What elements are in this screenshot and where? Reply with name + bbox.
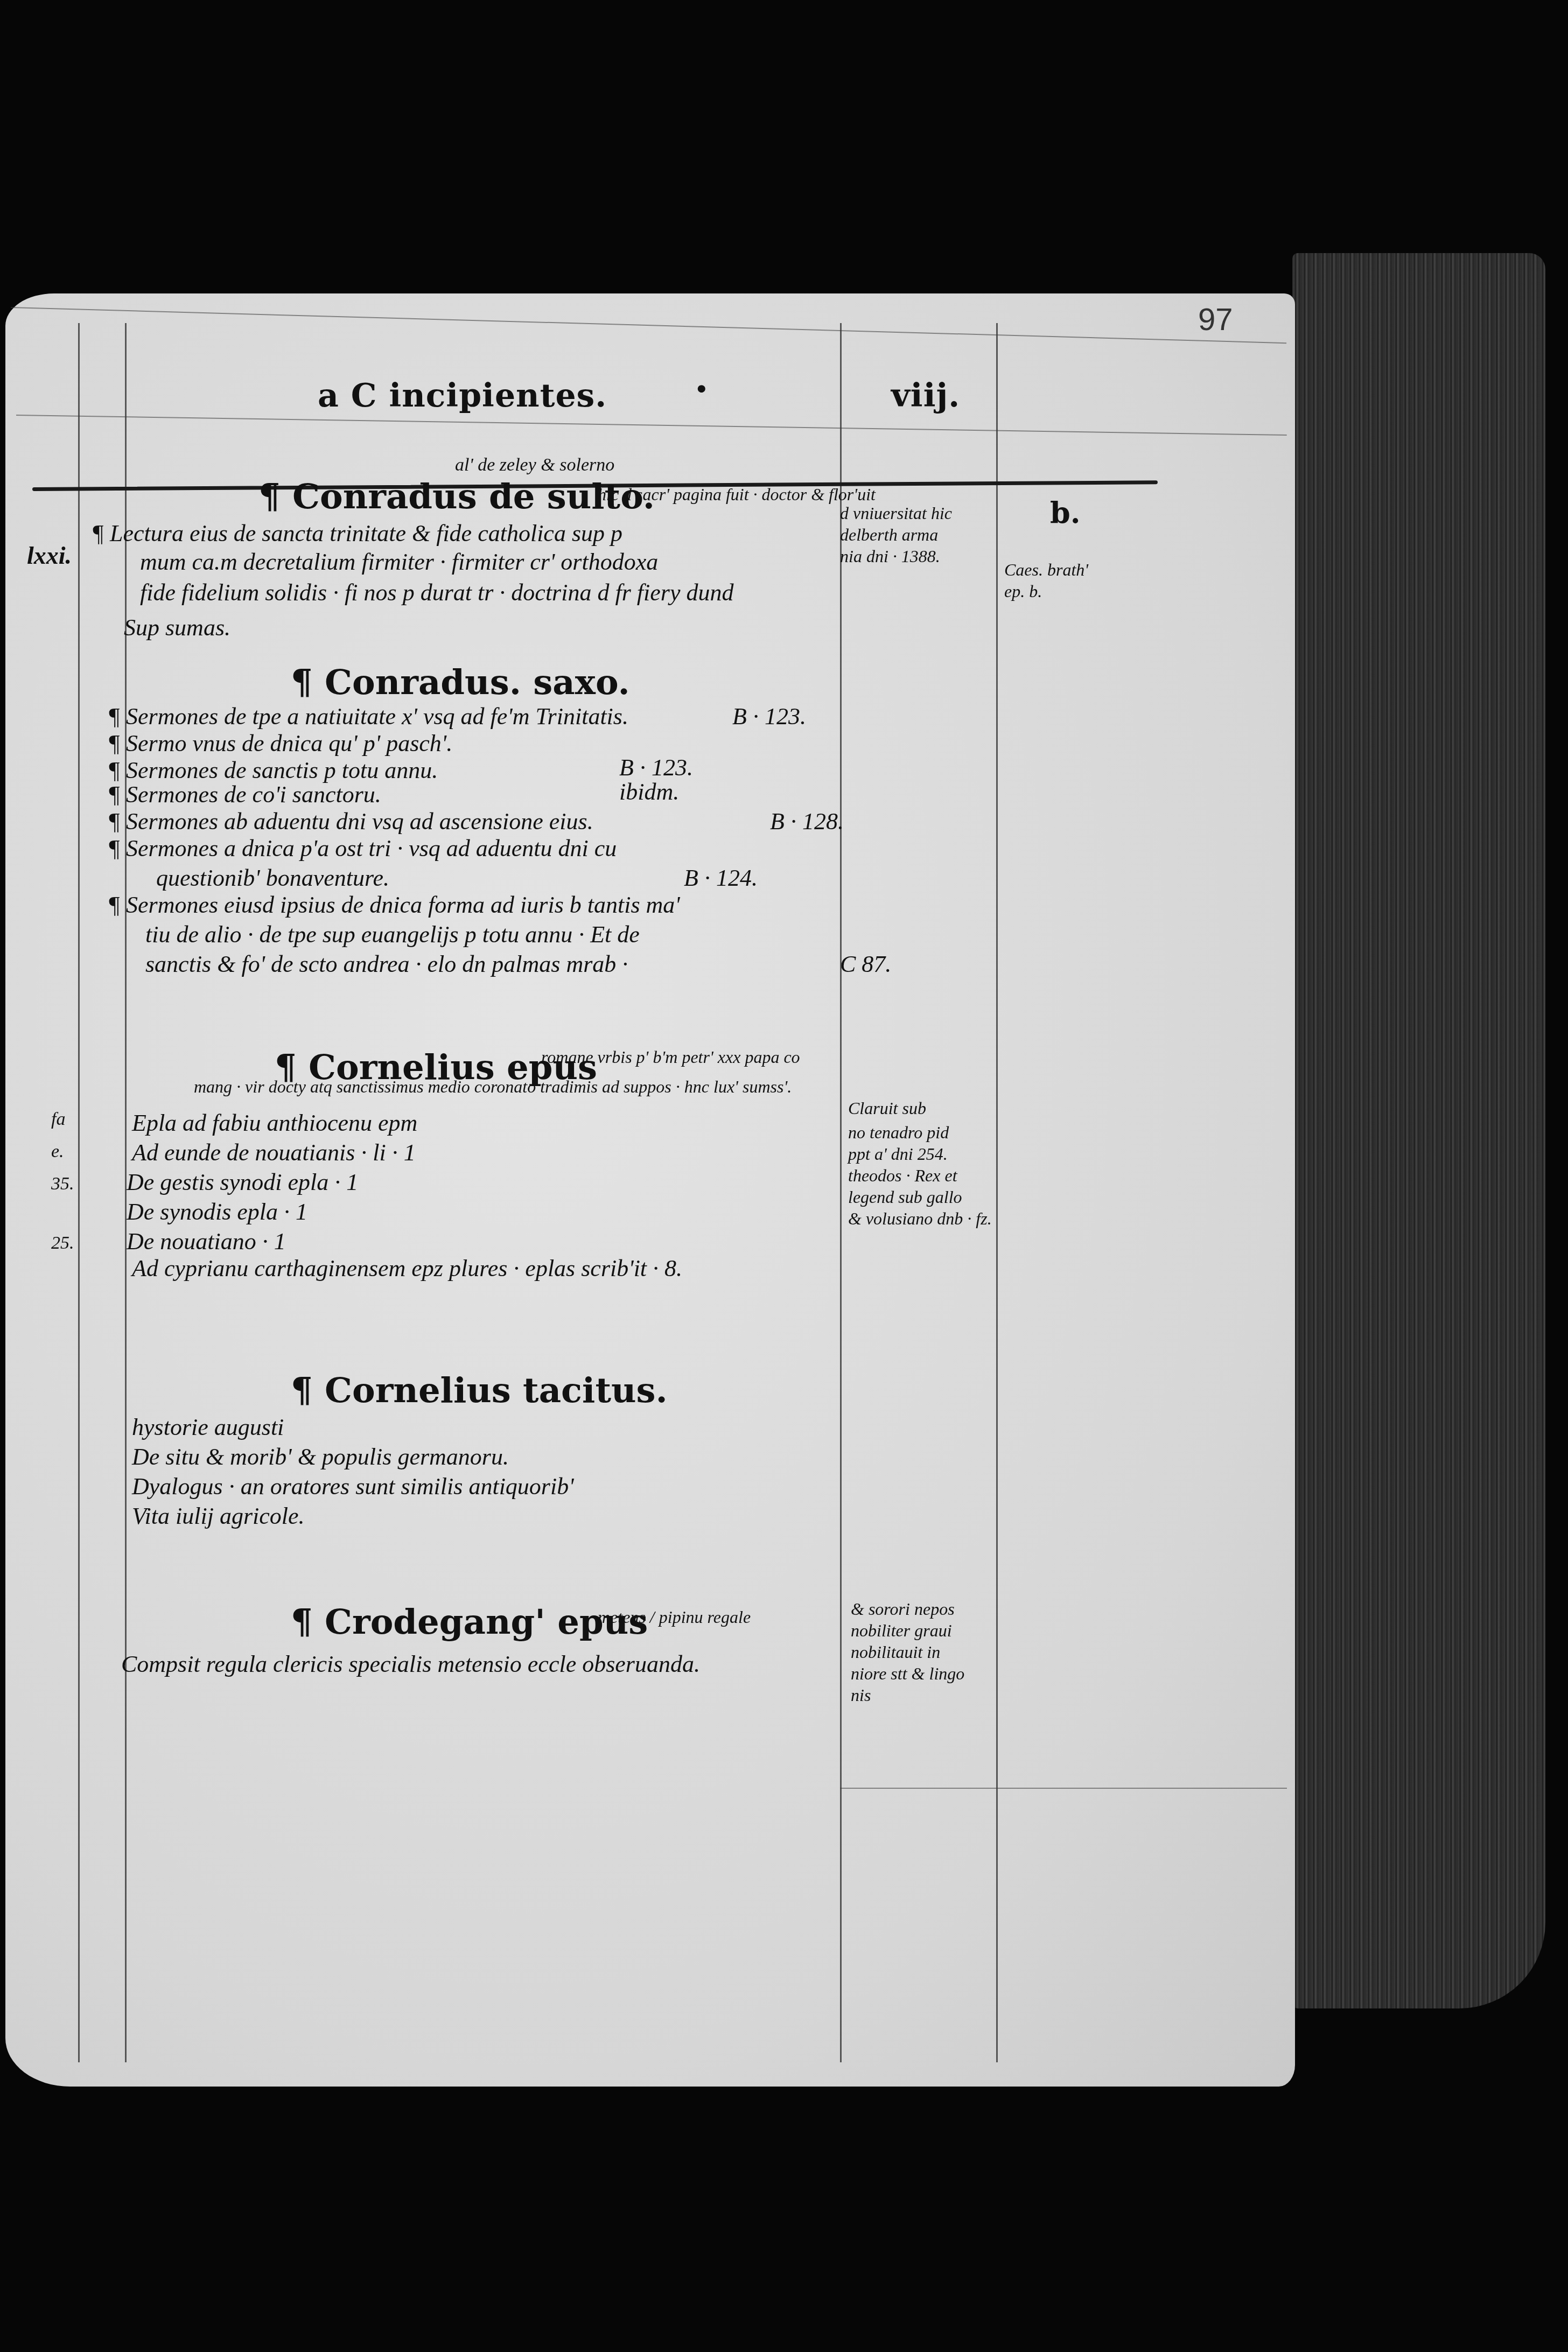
column-note: ppt a' dni 254. bbox=[848, 1144, 948, 1164]
entry-ref: B · 123. bbox=[619, 754, 693, 781]
author-gloss: romane vrbis p' b'm petr' xxx papa co bbox=[541, 1047, 800, 1067]
entry-line: Epla ad fabiu anthiocenu epm bbox=[132, 1109, 417, 1137]
title-dot: • bbox=[695, 377, 709, 402]
column-note: legend sub gallo bbox=[848, 1187, 962, 1207]
column-note: niore stt & lingo bbox=[851, 1664, 964, 1684]
entry-line: mum ca.m decretalium firmiter · firmiter… bbox=[140, 548, 658, 576]
author-heading: ¶ Conradus de sulto. bbox=[258, 477, 655, 517]
author-heading: ¶ Crodegang' epus bbox=[291, 1602, 648, 1642]
column-note: & sorori nepos bbox=[851, 1599, 955, 1619]
column-note: nobilitauit in bbox=[851, 1642, 940, 1662]
column-note: d vniuersitat hic bbox=[840, 503, 952, 523]
entry-line: ¶ Sermones eiusd ipsius de dnica forma a… bbox=[108, 891, 680, 919]
entry-line: tiu de alio · de tpe sup euangelijs p to… bbox=[145, 921, 640, 948]
entry-line: fide fidelium solidis · fi nos p durat t… bbox=[140, 579, 733, 606]
leaf-number: viij. bbox=[891, 377, 960, 415]
column-note: delberth arma bbox=[840, 525, 938, 545]
entry-line: ¶ Sermones de tpe a natiuitate x' vsq ad… bbox=[108, 703, 628, 730]
entry-line: Ad cyprianu carthaginensem epz plures · … bbox=[132, 1255, 682, 1282]
column-note: Claruit sub bbox=[848, 1098, 926, 1118]
column-note: nobiliter graui bbox=[851, 1621, 952, 1641]
entry-line: ¶ Lectura eius de sancta trinitate & fid… bbox=[92, 520, 622, 547]
entry-line: Dyalogus · an oratores sunt similis anti… bbox=[132, 1473, 574, 1500]
margin-note: fa bbox=[51, 1109, 65, 1130]
ruling-line-center bbox=[840, 323, 842, 2062]
side-note: Caes. brath' bbox=[1004, 560, 1088, 580]
entry-ref: B · 128. bbox=[770, 808, 844, 835]
header-annotation: al' de zeley & solerno bbox=[455, 455, 614, 475]
author-gloss: metens / pipinu regale bbox=[598, 1607, 751, 1627]
entry-line: De nouatiano · 1 bbox=[127, 1228, 286, 1255]
column-note: nis bbox=[851, 1685, 871, 1705]
entry-line: De situ & morib' & populis germanoru. bbox=[132, 1443, 509, 1471]
entry-line: Compsit regula clericis specialis metens… bbox=[121, 1650, 700, 1678]
ruling-line-bottom-block bbox=[840, 1788, 1287, 1789]
entry-ref: C 87. bbox=[840, 950, 891, 978]
entry-line: hystorie augusti bbox=[132, 1413, 284, 1441]
entry-line: Ad eunde de nouatianis · li · 1 bbox=[132, 1139, 416, 1166]
entry-line: sanctis & fo' de scto andrea · elo dn pa… bbox=[145, 950, 628, 978]
entry-ref: ibidm. bbox=[619, 778, 679, 806]
ruling-line-outer-left bbox=[78, 323, 80, 2062]
entry-line: questionib' bonaventure. bbox=[156, 864, 389, 892]
entry-line: ¶ Sermones ab aduentu dni vsq ad ascensi… bbox=[108, 808, 593, 835]
folio-number: 97 bbox=[1198, 302, 1233, 338]
margin-number: lxxi. bbox=[27, 541, 72, 570]
margin-note: 25. bbox=[51, 1233, 74, 1254]
column-note: nia dni · 1388. bbox=[840, 547, 940, 566]
author-heading: ¶ Conradus. saxo. bbox=[291, 662, 630, 703]
entry-line: ¶ Sermo vnus de dnica qu' p' pasch'. bbox=[108, 730, 452, 757]
author-gloss: hic d sacr' pagina fuit · doctor & flor'… bbox=[598, 485, 876, 505]
entry-line: Vita iulij agricole. bbox=[132, 1502, 305, 1530]
margin-note: 35. bbox=[51, 1174, 74, 1194]
book-fore-edge bbox=[1292, 253, 1545, 2008]
side-note: ep. b. bbox=[1004, 582, 1042, 601]
entry-line: De gestis synodi epla · 1 bbox=[127, 1168, 358, 1196]
entry-ref: B · 124. bbox=[684, 864, 758, 892]
author-heading: ¶ Cornelius tacitus. bbox=[291, 1370, 668, 1411]
entry-line: ¶ Sermones a dnica p'a ost tri · vsq ad … bbox=[108, 835, 617, 862]
entry-line: De synodis epla · 1 bbox=[127, 1198, 307, 1226]
entry-line: ¶ Sermones de co'i sanctoru. bbox=[108, 781, 381, 808]
entry-ref: B · 123. bbox=[732, 703, 806, 730]
column-note: no tenadro pid bbox=[848, 1123, 949, 1143]
ruling-line-right bbox=[996, 323, 998, 2062]
author-gloss: mang · vir docty atq sanctissimus medio … bbox=[194, 1077, 792, 1097]
running-title: a C incipientes. bbox=[318, 377, 607, 415]
column-note: & volusiano dnb · fz. bbox=[848, 1209, 992, 1229]
side-letter: b. bbox=[1050, 495, 1081, 530]
column-note: theodos · Rex et bbox=[848, 1166, 957, 1186]
margin-note: e. bbox=[51, 1142, 64, 1162]
entry-line: ¶ Sermones de sanctis p totu annu. bbox=[108, 757, 438, 784]
entry-line: Sup sumas. bbox=[124, 614, 230, 641]
